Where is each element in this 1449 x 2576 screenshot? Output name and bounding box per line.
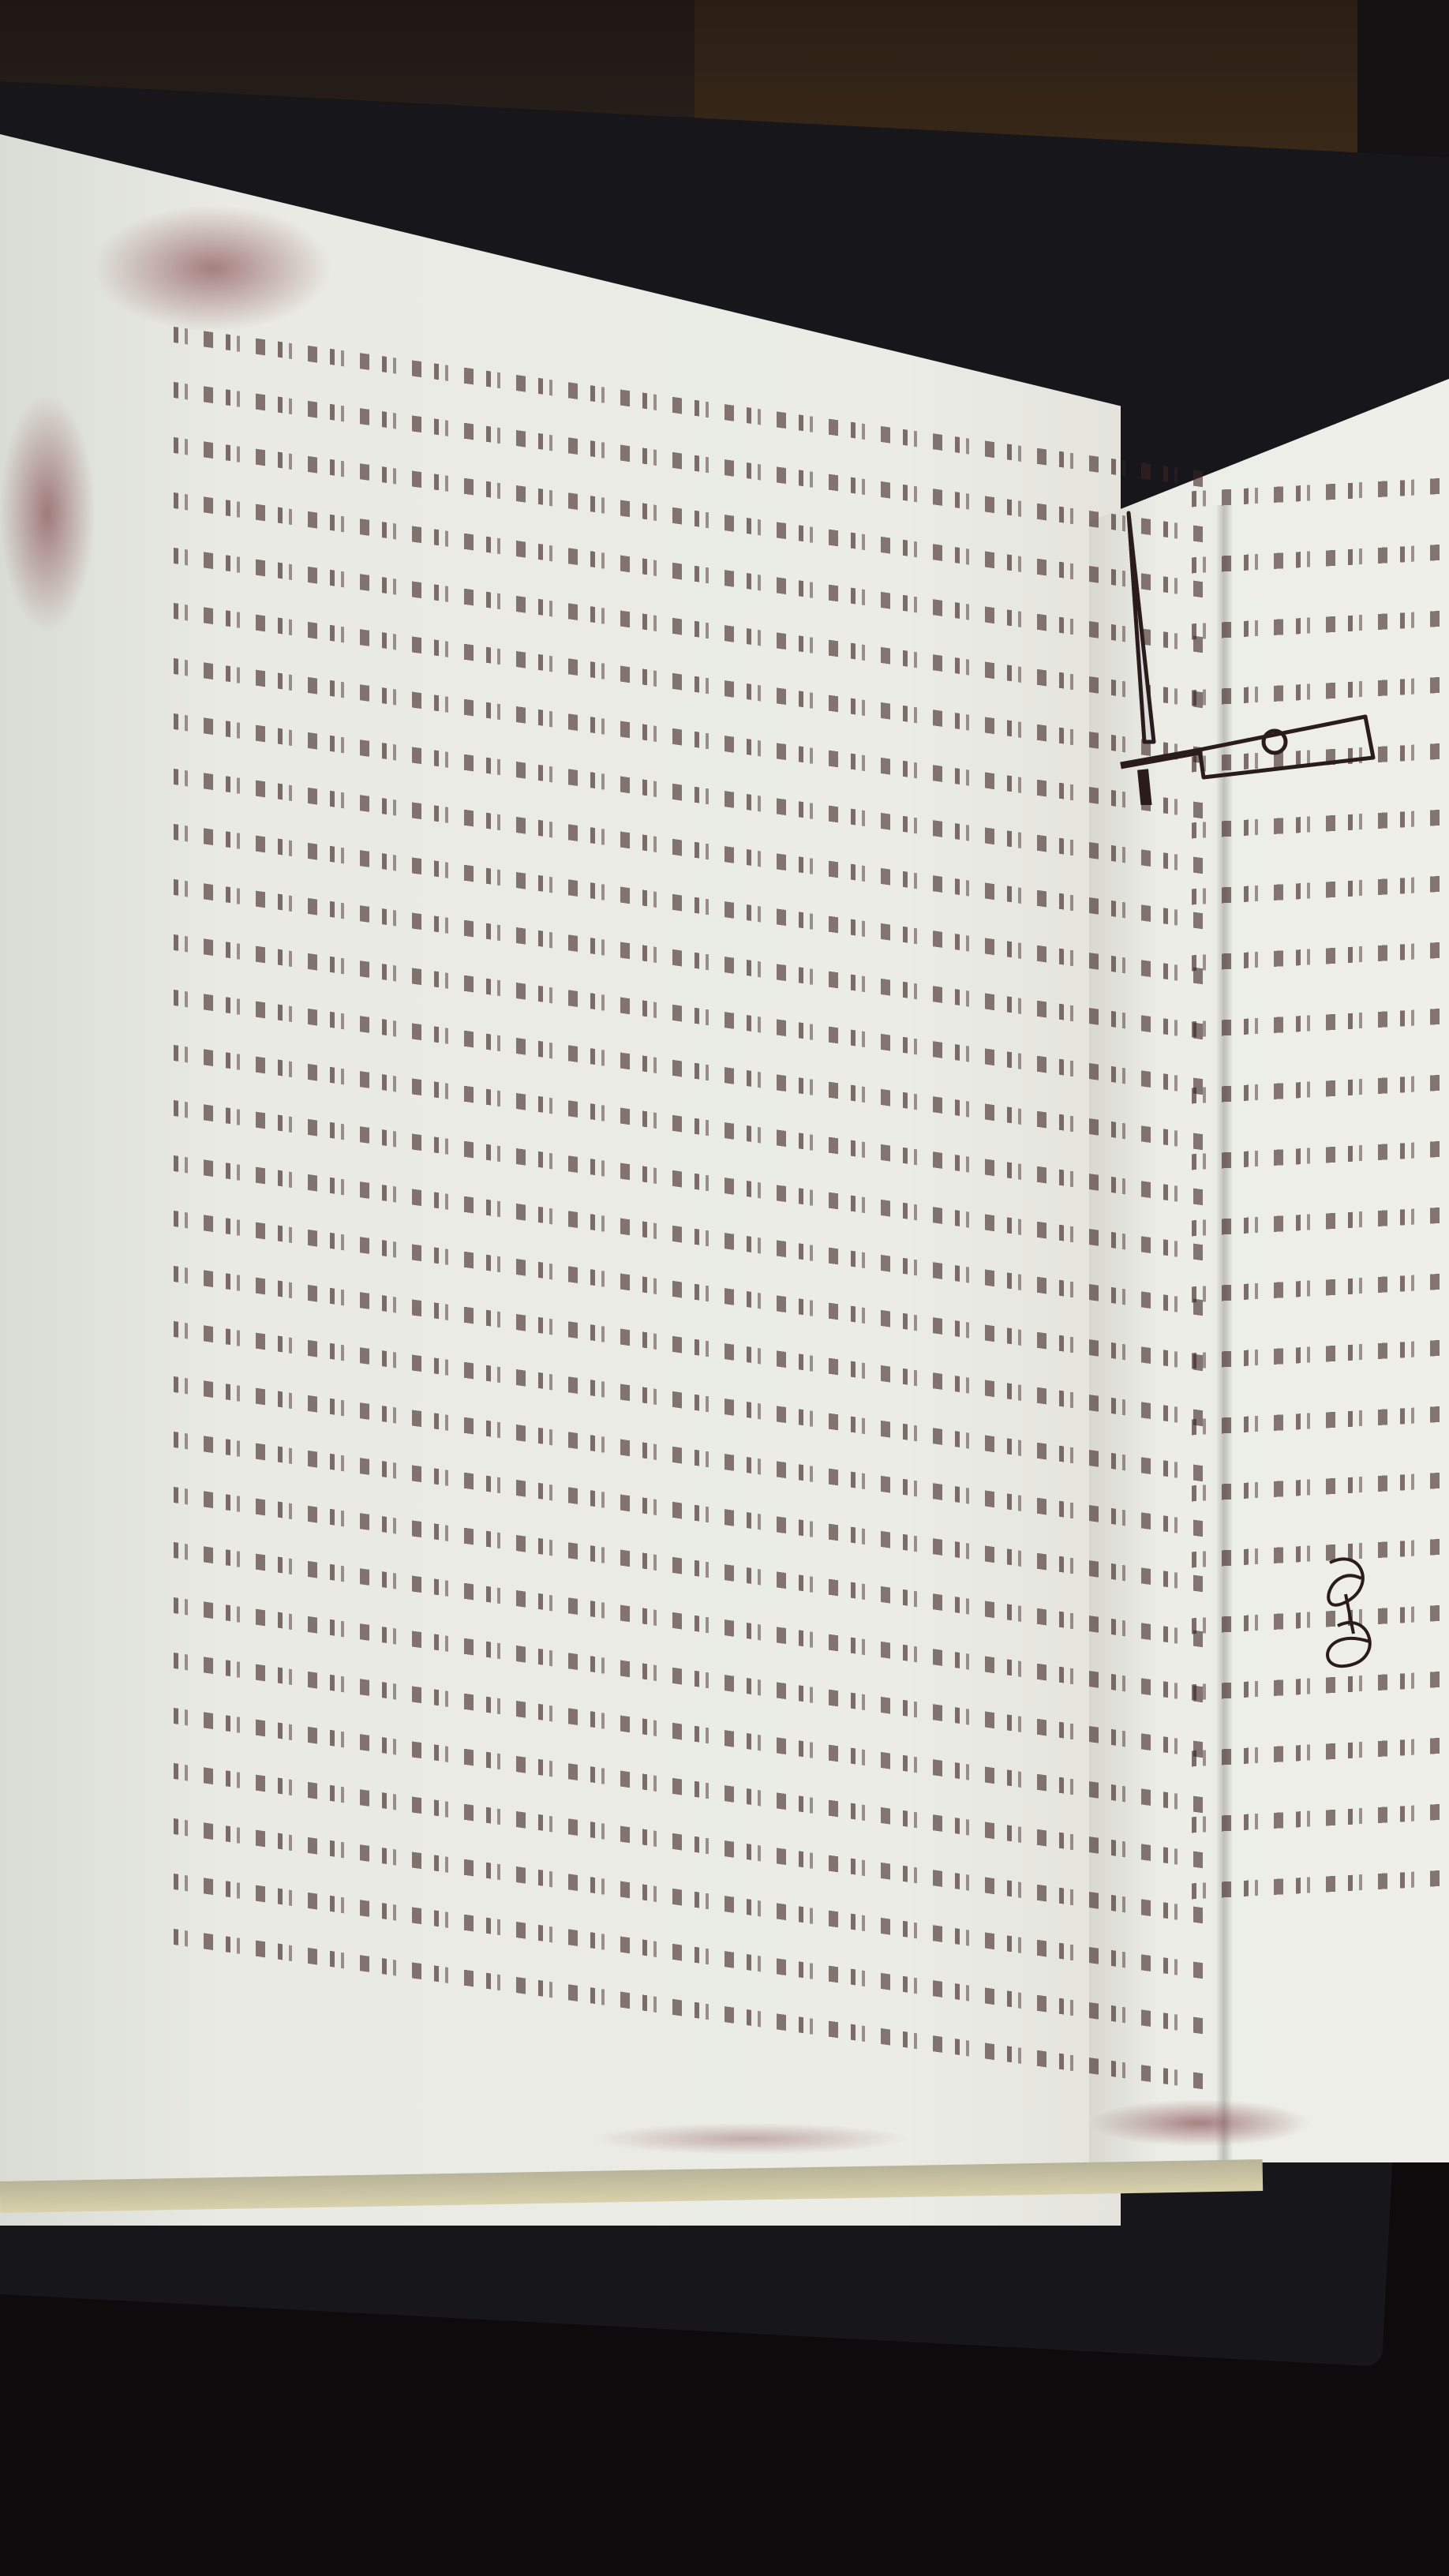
script-line [1192,1130,1444,1178]
knot-ornament-icon [1314,1547,1385,1681]
script-line [1192,1064,1444,1112]
script-line [1192,998,1444,1046]
script-line [1192,1263,1444,1311]
script-line [1192,1196,1444,1245]
foxing-stain [95,205,331,331]
script-line [1192,1859,1444,1908]
handwritten-text-left [174,316,1215,2120]
foxing-stain [0,395,95,631]
script-line [1192,1727,1444,1775]
sword-icon [1113,505,1444,805]
script-line [1192,799,1444,847]
script-line [1192,1329,1444,1377]
script-line [1192,1462,1444,1510]
script-line [1192,1793,1444,1841]
script-line [1192,1395,1444,1443]
script-line [1192,931,1444,979]
foxing-stain [592,2123,908,2155]
script-line [1192,865,1444,913]
